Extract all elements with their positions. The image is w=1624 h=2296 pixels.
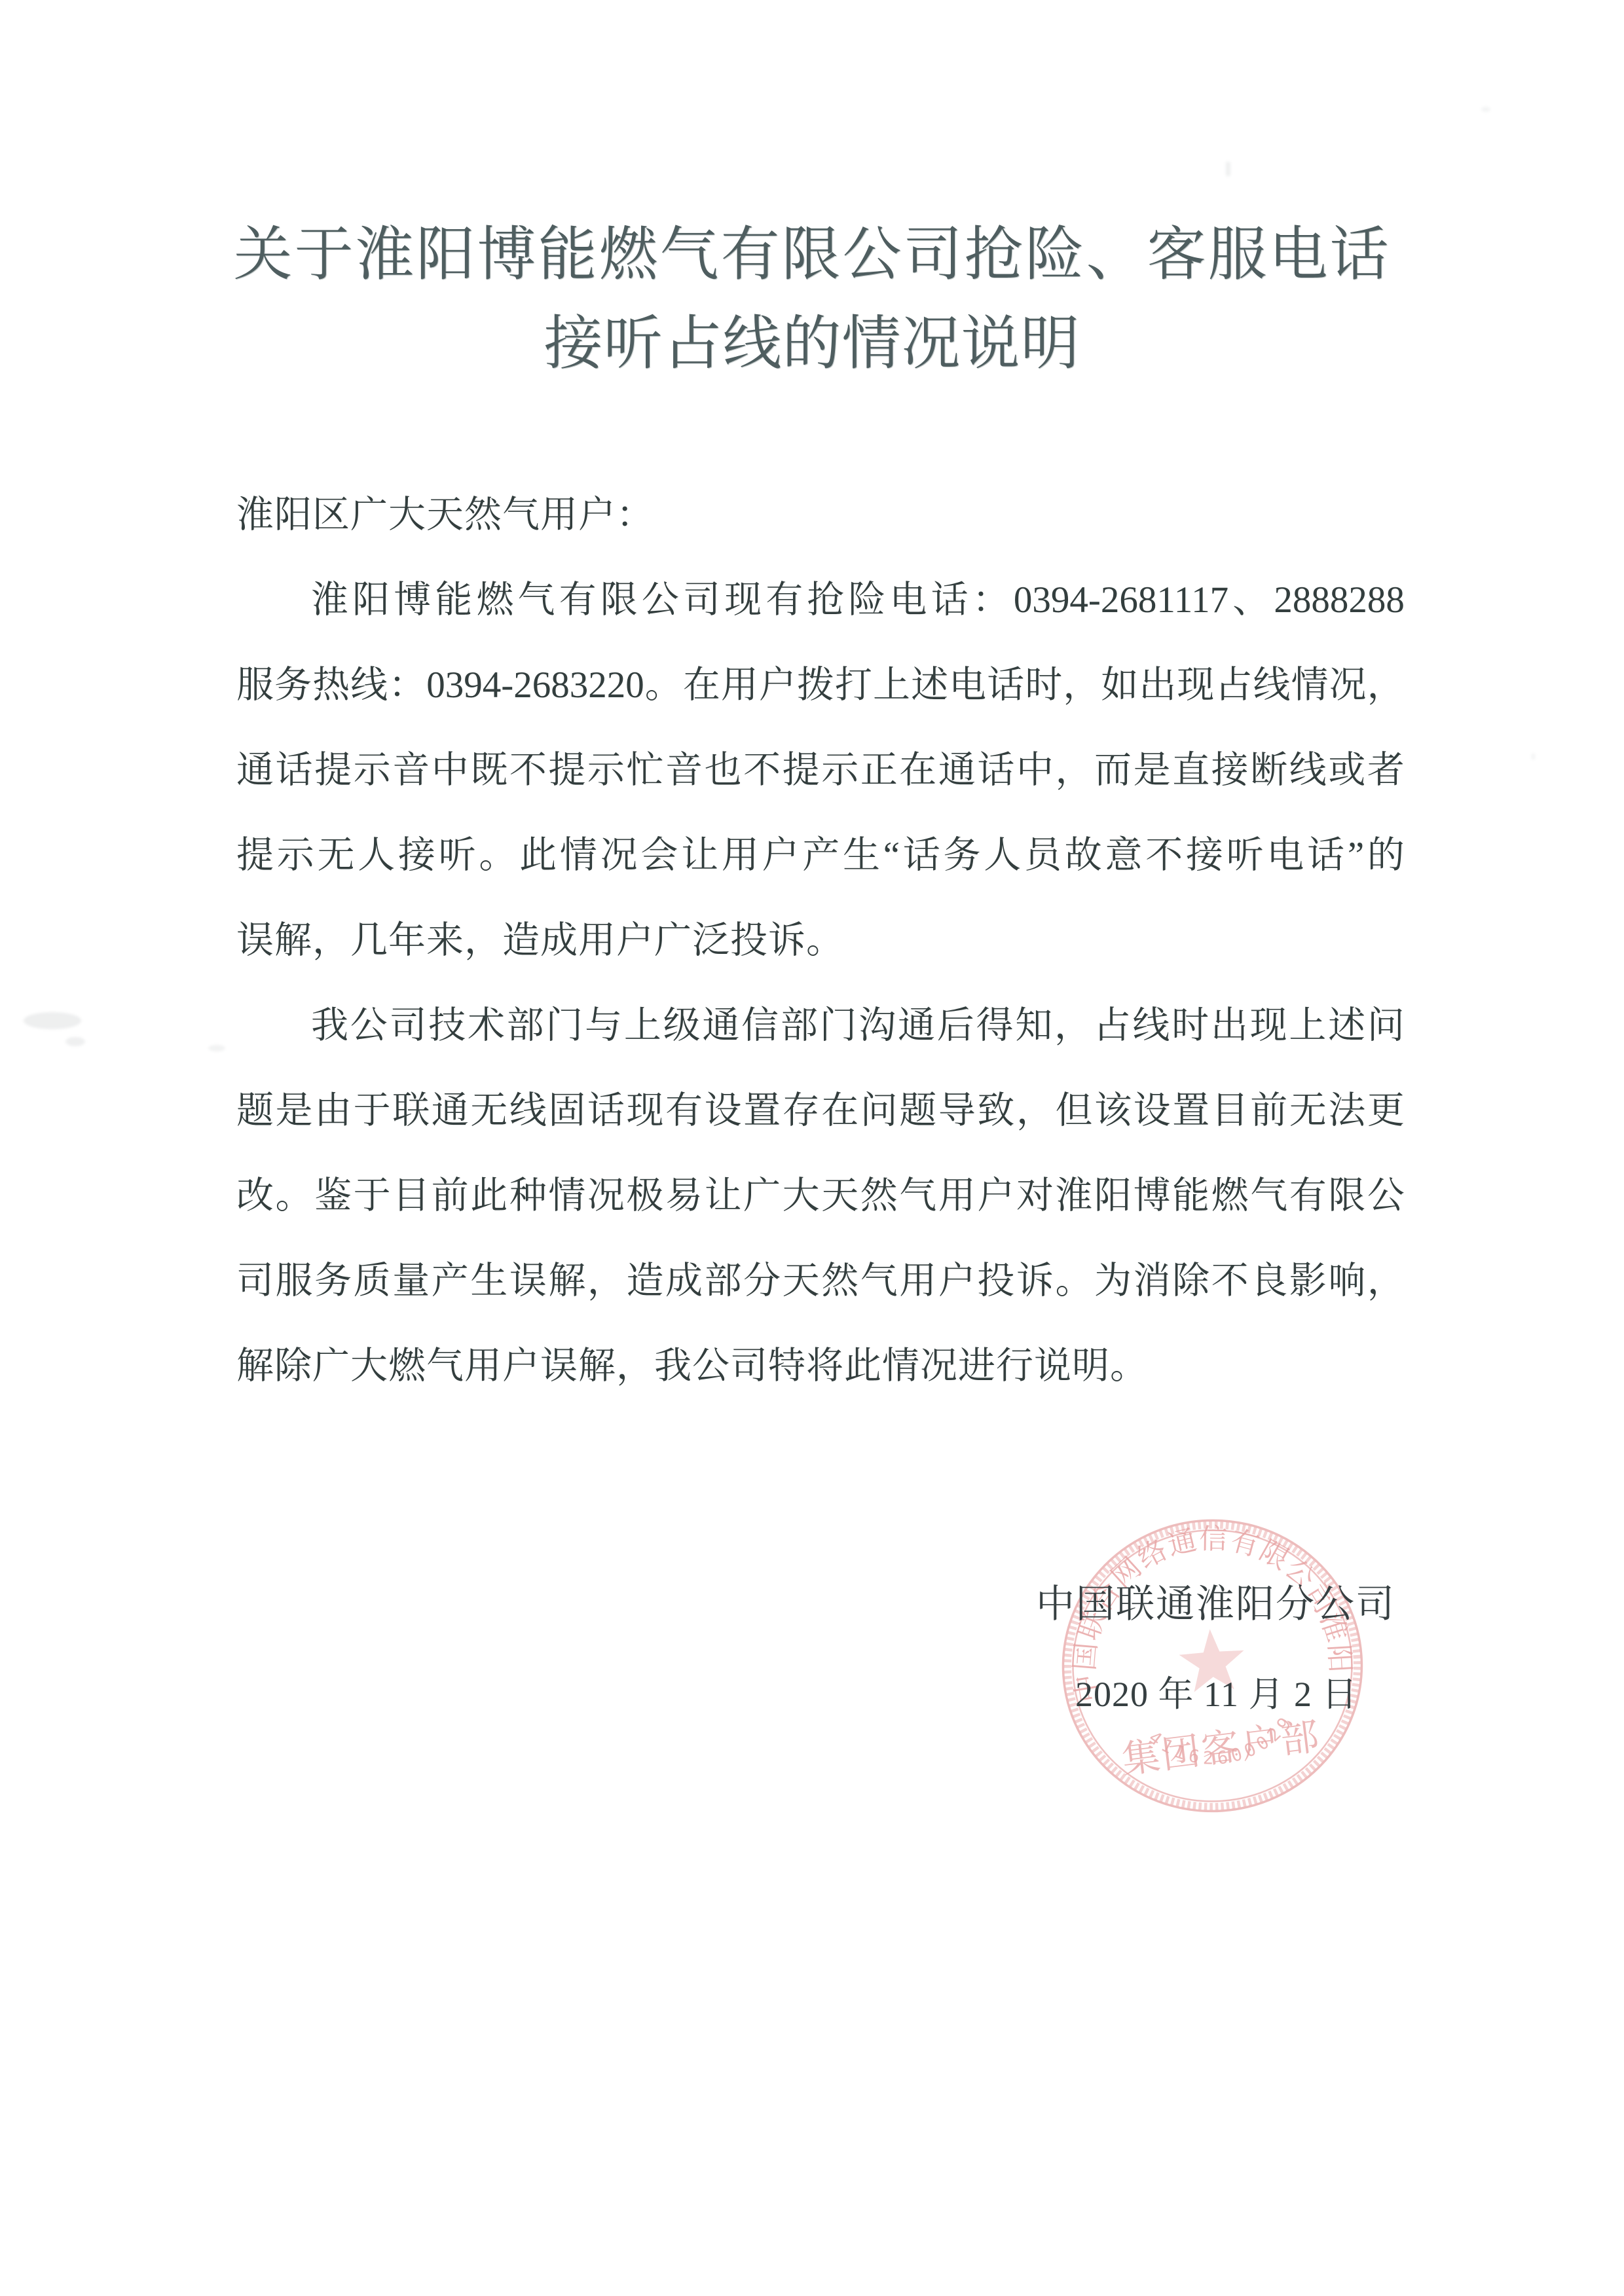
scan-artifact xyxy=(1531,753,1536,760)
body-line: 题是由于联通无线固话现有设置存在问题导致，但该设置目前无法更 xyxy=(236,1068,1405,1154)
body-line: 我公司技术部门与上级通信部门沟通后得知，占线时出现上述问 xyxy=(236,983,1405,1068)
body-line: 淮阳区广大天然气用户： xyxy=(236,473,1405,558)
scan-artifact xyxy=(1481,107,1490,112)
body-line: 解除广大燃气用户误解，我公司特将此情况进行说明。 xyxy=(236,1324,1405,1409)
body-text: 淮阳区广大天然气用户：淮阳博能燃气有限公司现有抢险电话：0394-2681117… xyxy=(236,473,1405,1409)
stamp-center-label: 集团客户部 xyxy=(1120,1715,1323,1781)
body-line: 误解，几年来，造成用户广泛投诉。 xyxy=(236,898,1405,983)
body-line: 服务热线：0394-2683220。在用户拨打上述电话时，如出现占线情况， xyxy=(236,643,1405,728)
body-line: 改。鉴于目前此种情况极易让广大天然气用户对淮阳博能燃气有限公 xyxy=(236,1154,1405,1239)
body-line: 通话提示音中既不提示忙音也不提示正在通话中，而是直接断线或者 xyxy=(236,728,1405,813)
body-line: 司服务质量产生误解，造成部分天然气用户投诉。为消除不良影响， xyxy=(236,1239,1405,1324)
signature-date: 2020 年 11 月 2 日 xyxy=(1075,1673,1358,1715)
scan-artifact xyxy=(1226,162,1230,176)
body-line: 淮阳博能燃气有限公司现有抢险电话：0394-2681117、2888288 xyxy=(236,558,1405,643)
scan-artifact xyxy=(65,1037,85,1046)
scanned-document-page: 关于淮阳博能燃气有限公司抢险、客服电话 接听占线的情况说明 淮阳区广大天然气用户… xyxy=(0,0,1624,2296)
scan-artifact xyxy=(208,1045,225,1051)
document-title-line1: 关于淮阳博能燃气有限公司抢险、客服电话 xyxy=(0,210,1624,301)
document-title-line2: 接听占线的情况说明 xyxy=(0,299,1624,390)
signature-company: 中国联通淮阳分公司 xyxy=(1036,1581,1395,1627)
official-stamp: 中国联合网络通信有限公司淮阳分公司 4116260002926 集团客户部 xyxy=(1045,1503,1387,1838)
scan-artifact xyxy=(24,1012,81,1029)
body-line: 提示无人接听。此情况会让用户产生“话务人员故意不接听电话”的 xyxy=(236,813,1405,898)
